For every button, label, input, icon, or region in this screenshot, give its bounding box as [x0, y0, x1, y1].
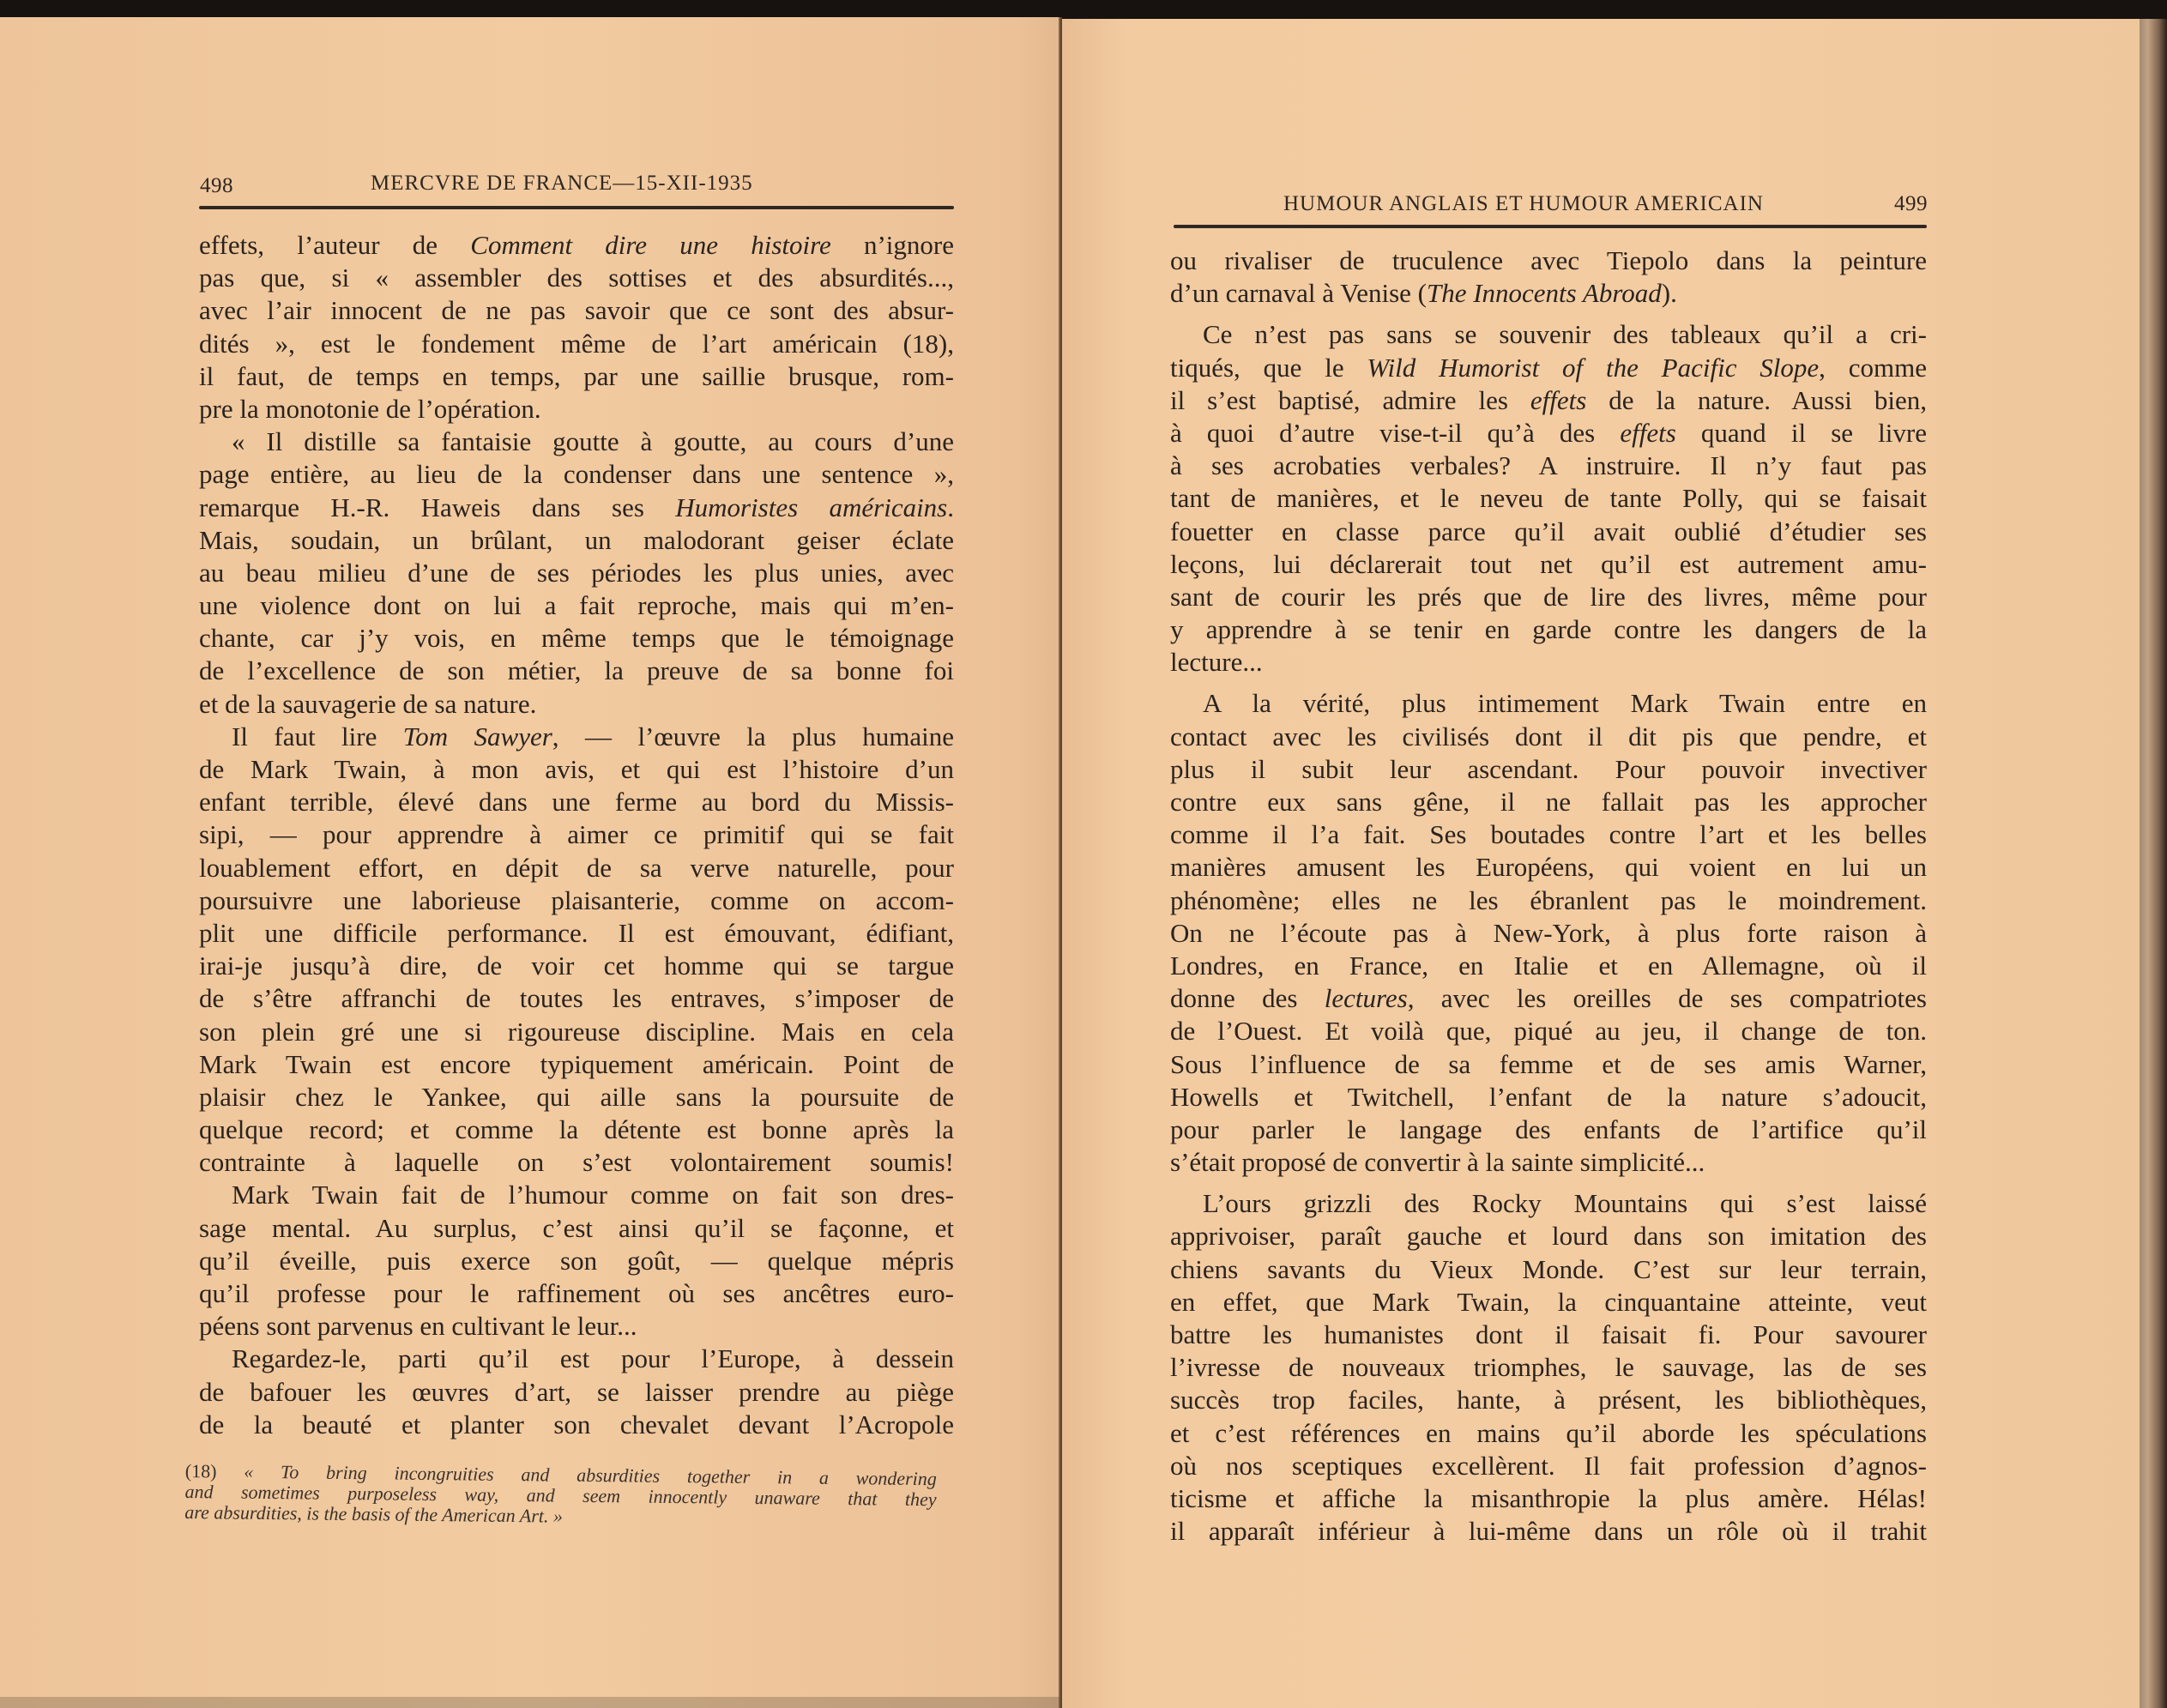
- text-run: , comme: [1819, 353, 1927, 383]
- text-line: il apparaît inférieur à lui-même dans un…: [1170, 1515, 1927, 1548]
- text-line: contact avec les civilisés dont il dit p…: [1170, 721, 1927, 753]
- text-line: qu’il éveille, puis exerce son goût, — q…: [199, 1245, 954, 1277]
- text-run: manières amusent les Européens, qui voie…: [1170, 852, 1927, 882]
- italic-title: Wild Humorist of the Pacific Slope: [1367, 353, 1819, 383]
- text-run: On ne l’écoute pas à New-York, à plus fo…: [1170, 918, 1927, 948]
- page-number-right: 499: [1894, 192, 1928, 216]
- text-line: pour parler le langage des enfants de l’…: [1170, 1114, 1927, 1146]
- book-edge-right: [2140, 19, 2167, 1708]
- italic-title: effets: [1620, 418, 1675, 448]
- book-binding-top: [0, 0, 2167, 19]
- page-number-left: 498: [200, 174, 233, 198]
- text-line: son plein gré une si rigoureuse discipli…: [199, 1016, 954, 1048]
- text-line: pas que, si « assembler des sottises et …: [199, 262, 954, 294]
- text-run: de Mark Twain, à mon avis, et qui est l’…: [199, 754, 954, 784]
- text-line: manières amusent les Européens, qui voie…: [1170, 851, 1927, 884]
- text-line: apprivoiser, paraît gauche et lourd dans…: [1170, 1220, 1927, 1252]
- text-run: sage mental. Au surplus, c’est ainsi qu’…: [199, 1213, 954, 1243]
- text-run: tant de manières, et le neveu de tante P…: [1170, 483, 1927, 513]
- text-run: Mark Twain est encore typiquement améric…: [199, 1049, 954, 1079]
- text-run: , avec les oreilles de ses compatriotes: [1408, 983, 1927, 1013]
- text-run: tiqués, que le: [1170, 353, 1367, 383]
- text-run: L’ours grizzli des Rocky Mountains qui s…: [1203, 1188, 1927, 1218]
- text-line: Il faut lire Tom Sawyer, — l’œuvre la pl…: [199, 721, 954, 753]
- text-line: une violence dont on lui a fait reproche…: [199, 589, 954, 622]
- text-line: sage mental. Au surplus, c’est ainsi qu’…: [199, 1212, 954, 1245]
- text-run: remarque H.-R. Haweis dans ses: [199, 492, 675, 522]
- text-run: poursuivre une laborieuse plaisanterie, …: [199, 885, 954, 915]
- text-run: Londres, en France, en Italie et en Alle…: [1170, 951, 1927, 981]
- text-line: péens sont parvenus en cultivant le leur…: [199, 1310, 954, 1343]
- text-run: Sous l’influence de sa femme et de ses a…: [1170, 1049, 1927, 1079]
- text-line: Mark Twain fait de l’humour comme on fai…: [199, 1179, 954, 1211]
- text-run: leçons, lui déclarerait tout net qu’il e…: [1170, 549, 1927, 579]
- text-run: il apparaît inférieur à lui-même dans un…: [1170, 1516, 1927, 1546]
- italic-title: Tom Sawyer: [403, 721, 552, 751]
- text-line: de Mark Twain, à mon avis, et qui est l’…: [199, 753, 954, 786]
- text-run: Il faut lire: [232, 721, 403, 751]
- text-run: de bafouer les œuvres d’art, se laisser …: [199, 1377, 954, 1407]
- text-line: Ce n’est pas sans se souvenir des tablea…: [1170, 318, 1927, 351]
- left-page: 498 MERCVRE DE FRANCE—15-XII-1935 effets…: [0, 17, 1060, 1708]
- text-run: de la nature. Aussi bien,: [1586, 385, 1927, 415]
- text-run: l’ivresse de nouveaux triomphes, le sauv…: [1170, 1352, 1927, 1382]
- italic-title: effets: [1530, 385, 1586, 415]
- right-page: HUMOUR ANGLAIS ET HUMOUR AMERICAIN 499 o…: [1062, 19, 2140, 1708]
- text-run: y apprendre à se tenir en garde contre l…: [1170, 614, 1927, 644]
- text-line: plaisir chez le Yankee, qui aille sans l…: [199, 1081, 954, 1114]
- text-line: contre eux sans gêne, il ne fallait pas …: [1170, 786, 1927, 818]
- text-run: où nos sceptiques excellèrent. Il fait p…: [1170, 1451, 1927, 1481]
- text-run: battre les humanistes dont il faisait fi…: [1170, 1319, 1927, 1349]
- text-line: qu’il professe pour le raffinement où se…: [199, 1277, 954, 1310]
- text-run: Regardez-le, parti qu’il est pour l’Euro…: [232, 1343, 954, 1373]
- text-run: .: [947, 492, 954, 522]
- text-line: dités », est le fondement même de l’art …: [199, 328, 954, 360]
- text-line: contrainte à laquelle on s’est volontair…: [199, 1146, 954, 1179]
- text-run: il faut, de temps en temps, par une sail…: [199, 361, 954, 391]
- text-line: à ses acrobaties verbales? A instruire. …: [1170, 450, 1927, 482]
- text-line: fouetter en classe parce qu’il avait oub…: [1170, 516, 1927, 548]
- text-run: ou rivaliser de truculence avec Tiepolo …: [1170, 245, 1927, 275]
- text-run: et c’est références en mains qu’il abord…: [1170, 1418, 1927, 1448]
- text-run: ticisme et affiche la misanthropie la pl…: [1170, 1483, 1927, 1513]
- text-run: au beau milieu d’une de ses périodes les…: [199, 558, 954, 588]
- text-line: de s’être affranchi de toutes les entrav…: [199, 982, 954, 1015]
- text-line: et de la sauvagerie de sa nature.: [199, 688, 954, 721]
- text-line: phénomène; elles ne les ébranlent pas le…: [1170, 884, 1927, 917]
- text-line: sant de courir les prés que de lire des …: [1170, 581, 1927, 613]
- text-line: l’ivresse de nouveaux triomphes, le sauv…: [1170, 1351, 1927, 1384]
- text-line: s’était proposé de convertir à la sainte…: [1170, 1146, 1927, 1179]
- text-run: son plein gré une si rigoureuse discipli…: [199, 1017, 954, 1047]
- footnote-text: are absurdities, is the basis of the Ame…: [184, 1501, 563, 1527]
- text-run: irai-je jusqu’à dire, de voir cet homme …: [199, 951, 954, 981]
- text-line: A la vérité, plus intimement Mark Twain …: [1170, 687, 1927, 720]
- text-line: Mark Twain est encore typiquement améric…: [199, 1048, 954, 1081]
- text-run: louablement effort, en dépit de sa verve…: [199, 853, 954, 883]
- text-run: de s’être affranchi de toutes les entrav…: [199, 983, 954, 1013]
- text-line: Londres, en France, en Italie et en Alle…: [1170, 950, 1927, 982]
- text-run: apprivoiser, paraît gauche et lourd dans…: [1170, 1221, 1927, 1251]
- text-line: ou rivaliser de truculence avec Tiepolo …: [1170, 244, 1927, 277]
- text-line: de bafouer les œuvres d’art, se laisser …: [199, 1376, 954, 1409]
- text-line: quelque record; et comme la détente est …: [199, 1114, 954, 1146]
- text-run: dités », est le fondement même de l’art …: [199, 329, 954, 359]
- text-run: chante, car j’y vois, en même temps que …: [199, 623, 954, 653]
- text-line: leçons, lui déclarerait tout net qu’il e…: [1170, 548, 1927, 581]
- text-run: péens sont parvenus en cultivant le leur…: [199, 1311, 637, 1341]
- paragraph-gap: [1170, 310, 1927, 318]
- footnote-18: (18) « To bring incongruities and absurd…: [184, 1461, 937, 1530]
- text-run: donne des: [1170, 983, 1325, 1013]
- italic-title: Humoristes américains: [675, 492, 947, 522]
- text-run: sant de courir les prés que de lire des …: [1170, 582, 1927, 612]
- text-run: et de la sauvagerie de sa nature.: [199, 689, 536, 719]
- text-line: sipi, — pour apprendre à aimer ce primit…: [199, 818, 954, 851]
- running-head-left: MERCVRE DE FRANCE—15-XII-1935: [371, 172, 753, 196]
- text-line: de l’Ouest. Et voilà que, piqué au jeu, …: [1170, 1015, 1927, 1047]
- text-run: sipi, — pour apprendre à aimer ce primit…: [199, 819, 954, 849]
- text-line: enfant terrible, élevé dans une ferme au…: [199, 786, 954, 818]
- text-line: pre la monotonie de l’opération.: [199, 393, 954, 425]
- text-run: qu’il professe pour le raffinement où se…: [199, 1278, 954, 1308]
- text-run: Mais, soudain, un brûlant, un malodorant…: [199, 525, 954, 555]
- text-line: il s’est baptisé, admire les effets de l…: [1170, 384, 1927, 417]
- text-run: Mark Twain fait de l’humour comme on fai…: [232, 1180, 954, 1210]
- text-run: s’était proposé de convertir à la sainte…: [1170, 1147, 1705, 1177]
- text-run: ).: [1662, 278, 1677, 308]
- right-page-body: ou rivaliser de truculence avec Tiepolo …: [1170, 244, 1927, 1548]
- text-run: n’ignore: [831, 230, 954, 260]
- text-line: « Il distille sa fantaisie goutte à gout…: [199, 425, 954, 458]
- text-run: pour parler le langage des enfants de l’…: [1170, 1114, 1927, 1144]
- text-run: succès trop faciles, hante, à présent, l…: [1170, 1385, 1927, 1415]
- text-line: il faut, de temps en temps, par une sail…: [199, 360, 954, 393]
- text-run: phénomène; elles ne les ébranlent pas le…: [1170, 885, 1927, 915]
- header-rule-left: [199, 206, 954, 209]
- text-line: Mais, soudain, un brûlant, un malodorant…: [199, 524, 954, 557]
- text-run: il s’est baptisé, admire les: [1170, 385, 1530, 415]
- text-line: Howells et Twitchell, l’enfant de la nat…: [1170, 1081, 1927, 1114]
- text-run: contact avec les civilisés dont il dit p…: [1170, 721, 1927, 751]
- header-rule-right: [1174, 225, 1927, 228]
- text-line: à quoi d’autre vise-t-il qu’à des effets…: [1170, 417, 1927, 450]
- text-line: battre les humanistes dont il faisait fi…: [1170, 1319, 1927, 1351]
- paragraph-gap: [1170, 679, 1927, 687]
- text-run: à quoi d’autre vise-t-il qu’à des: [1170, 418, 1620, 448]
- text-run: chiens savants du Vieux Monde. C’est sur…: [1170, 1254, 1927, 1284]
- text-line: chiens savants du Vieux Monde. C’est sur…: [1170, 1253, 1927, 1286]
- text-run: de la beauté et planter son chevalet dev…: [199, 1409, 954, 1439]
- page-shadow: [0, 1697, 1060, 1708]
- italic-title: Comment dire une histoire: [470, 230, 831, 260]
- text-run: quelque record; et comme la détente est …: [199, 1114, 954, 1144]
- text-line: en effet, que Mark Twain, la cinquantain…: [1170, 1286, 1927, 1319]
- text-line: de la beauté et planter son chevalet dev…: [199, 1409, 954, 1441]
- text-run: une violence dont on lui a fait reproche…: [199, 590, 954, 620]
- footnote-number: (18): [185, 1460, 244, 1482]
- text-run: Ce n’est pas sans se souvenir des tablea…: [1203, 319, 1927, 349]
- text-line: avec l’air innocent de ne pas savoir que…: [199, 294, 954, 327]
- text-run: en effet, que Mark Twain, la cinquantain…: [1170, 1287, 1927, 1317]
- text-run: Howells et Twitchell, l’enfant de la nat…: [1170, 1082, 1927, 1112]
- italic-title: The Innocents Abroad: [1427, 278, 1662, 308]
- text-run: d’un carnaval à Venise (: [1170, 278, 1427, 308]
- text-line: où nos sceptiques excellèrent. Il fait p…: [1170, 1450, 1927, 1482]
- text-run: page entière, au lieu de la condenser da…: [199, 459, 954, 489]
- text-line: On ne l’écoute pas à New-York, à plus fo…: [1170, 917, 1927, 950]
- text-line: louablement effort, en dépit de sa verve…: [199, 852, 954, 884]
- text-run: plaisir chez le Yankee, qui aille sans l…: [199, 1082, 954, 1112]
- text-run: « Il distille sa fantaisie goutte à gout…: [232, 426, 954, 456]
- text-line: effets, l’auteur de Comment dire une his…: [199, 229, 954, 262]
- text-line: chante, car j’y vois, en même temps que …: [199, 622, 954, 655]
- text-line: irai-je jusqu’à dire, de voir cet homme …: [199, 950, 954, 982]
- text-line: comme il l’a fait. Ses boutades contre l…: [1170, 818, 1927, 851]
- text-line: et c’est références en mains qu’il abord…: [1170, 1417, 1927, 1450]
- running-head-right: HUMOUR ANGLAIS ET HUMOUR AMERICAIN: [1283, 192, 1764, 216]
- text-line: ticisme et affiche la misanthropie la pl…: [1170, 1482, 1927, 1515]
- text-run: pas que, si « assembler des sottises et …: [199, 263, 954, 293]
- text-line: tiqués, que le Wild Humorist of the Paci…: [1170, 352, 1927, 384]
- text-run: enfant terrible, élevé dans une ferme au…: [199, 787, 954, 817]
- text-line: de l’excellence de son métier, la preuve…: [199, 655, 954, 687]
- text-run: quand il se livre: [1676, 418, 1927, 448]
- text-line: remarque H.-R. Haweis dans ses Humoriste…: [199, 492, 954, 524]
- text-run: pre la monotonie de l’opération.: [199, 394, 541, 424]
- text-run: contre eux sans gêne, il ne fallait pas …: [1170, 787, 1927, 817]
- text-line: y apprendre à se tenir en garde contre l…: [1170, 613, 1927, 646]
- text-line: Sous l’influence de sa femme et de ses a…: [1170, 1048, 1927, 1081]
- text-line: plit une difficile performance. Il est é…: [199, 917, 954, 950]
- text-line: page entière, au lieu de la condenser da…: [199, 458, 954, 491]
- text-line: d’un carnaval à Venise (The Innocents Ab…: [1170, 277, 1927, 310]
- text-run: contrainte à laquelle on s’est volontair…: [199, 1147, 954, 1177]
- text-run: comme il l’a fait. Ses boutades contre l…: [1170, 819, 1927, 849]
- text-run: de l’Ouest. Et voilà que, piqué au jeu, …: [1170, 1016, 1927, 1046]
- text-run: , — l’œuvre la plus humaine: [552, 721, 954, 751]
- text-run: de l’excellence de son métier, la preuve…: [199, 655, 954, 685]
- left-page-body: effets, l’auteur de Comment dire une his…: [199, 229, 954, 1441]
- text-line: tant de manières, et le neveu de tante P…: [1170, 482, 1927, 515]
- text-line: donne des lectures, avec les oreilles de…: [1170, 982, 1927, 1015]
- text-line: L’ours grizzli des Rocky Mountains qui s…: [1170, 1187, 1927, 1220]
- paragraph-gap: [1170, 1179, 1927, 1187]
- text-line: succès trop faciles, hante, à présent, l…: [1170, 1384, 1927, 1416]
- text-run: plus il subit leur ascendant. Pour pouvo…: [1170, 754, 1927, 784]
- text-line: au beau milieu d’une de ses périodes les…: [199, 557, 954, 589]
- text-line: poursuivre une laborieuse plaisanterie, …: [199, 884, 954, 917]
- text-run: avec l’air innocent de ne pas savoir que…: [199, 295, 954, 325]
- text-run: A la vérité, plus intimement Mark Twain …: [1203, 688, 1927, 718]
- text-run: plit une difficile performance. Il est é…: [199, 918, 954, 948]
- italic-title: lectures: [1325, 983, 1408, 1013]
- text-run: qu’il éveille, puis exerce son goût, — q…: [199, 1246, 954, 1276]
- text-line: lecture...: [1170, 646, 1927, 679]
- text-run: lecture...: [1170, 647, 1263, 677]
- text-run: effets, l’auteur de: [199, 230, 470, 260]
- text-line: plus il subit leur ascendant. Pour pouvo…: [1170, 753, 1927, 786]
- text-run: fouetter en classe parce qu’il avait oub…: [1170, 516, 1927, 546]
- text-line: Regardez-le, parti qu’il est pour l’Euro…: [199, 1343, 954, 1375]
- text-run: à ses acrobaties verbales? A instruire. …: [1170, 450, 1927, 480]
